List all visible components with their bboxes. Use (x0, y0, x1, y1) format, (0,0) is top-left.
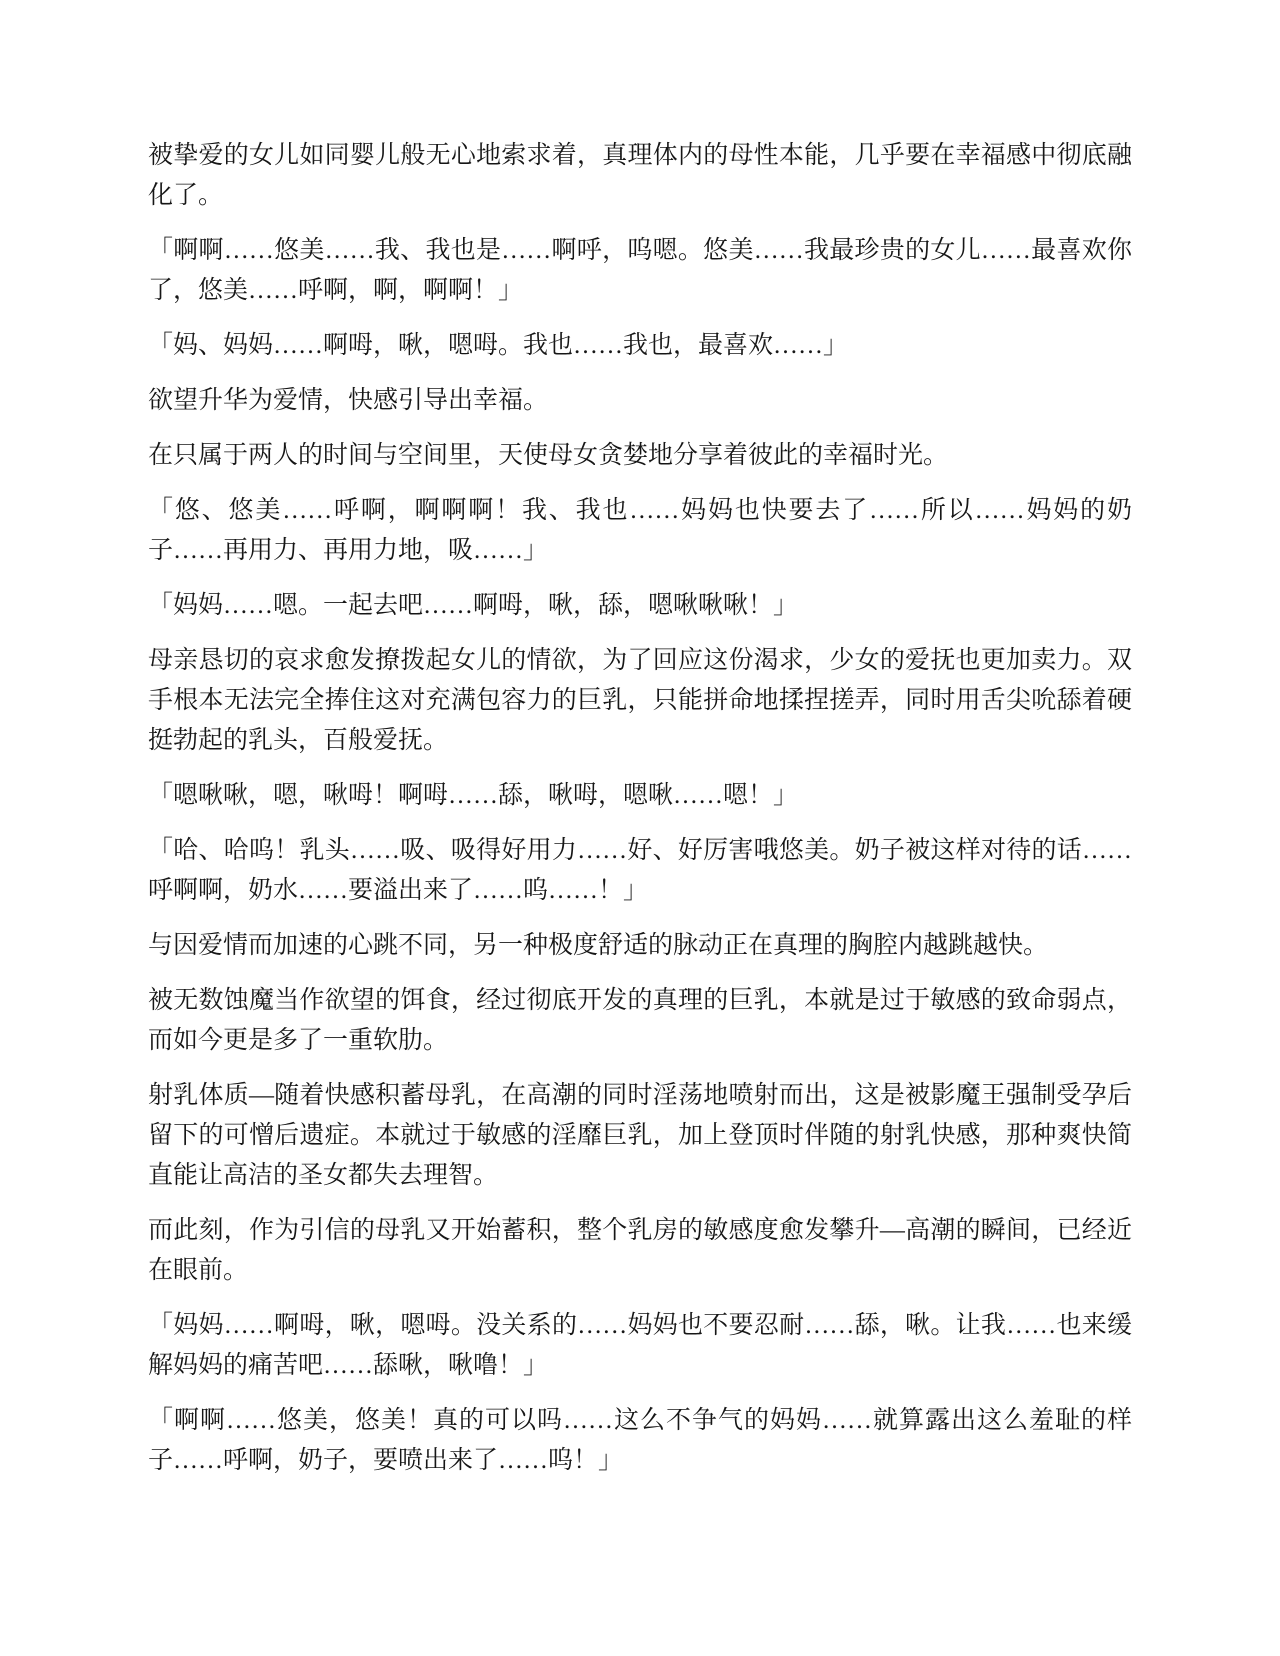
paragraph: 「啊啊……悠美，悠美！真的可以吗……这么不争气的妈妈……就算露出这么羞耻的样子…… (148, 1401, 1132, 1481)
paragraph: 被挚爱的女儿如同婴儿般无心地索求着，真理体内的母性本能，几乎要在幸福感中彻底融化… (148, 136, 1132, 216)
paragraph: 母亲恳切的哀求愈发撩拨起女儿的情欲，为了回应这份渴求，少女的爱抚也更加卖力。双手… (148, 641, 1132, 761)
paragraph: 与因爱情而加速的心跳不同，另一种极度舒适的脉动正在真理的胸腔内越跳越快。 (148, 926, 1132, 966)
paragraph: 「妈、妈妈……啊呣，啾，嗯呣。我也……我也，最喜欢……」 (148, 326, 1132, 366)
paragraph: 「哈、哈呜！乳头……吸、吸得好用力……好、好厉害哦悠美。奶子被这样对待的话……呼… (148, 831, 1132, 911)
paragraph: 「悠、悠美……呼啊，啊啊啊！我、我也……妈妈也快要去了……所以……妈妈的奶子……… (148, 491, 1132, 571)
paragraph: 「啊啊……悠美……我、我也是……啊呼，呜嗯。悠美……我最珍贵的女儿……最喜欢你了… (148, 231, 1132, 311)
paragraph: 欲望升华为爱情，快感引导出幸福。 (148, 381, 1132, 421)
paragraph: 而此刻，作为引信的母乳又开始蓄积，整个乳房的敏感度愈发攀升—高潮的瞬间，已经近在… (148, 1211, 1132, 1291)
paragraph: 被无数蚀魔当作欲望的饵食，经过彻底开发的真理的巨乳，本就是过于敏感的致命弱点，而… (148, 981, 1132, 1061)
paragraph: 在只属于两人的时间与空间里，天使母女贪婪地分享着彼此的幸福时光。 (148, 436, 1132, 476)
paragraph: 射乳体质—随着快感积蓄母乳，在高潮的同时淫荡地喷射而出，这是被影魔王强制受孕后留… (148, 1076, 1132, 1196)
paragraph: 「嗯啾啾，嗯，啾呣！啊呣……舔，啾呣，嗯啾……嗯！」 (148, 776, 1132, 816)
document-page: 被挚爱的女儿如同婴儿般无心地索求着，真理体内的母性本能，几乎要在幸福感中彻底融化… (0, 0, 1280, 1656)
paragraph: 「妈妈……嗯。一起去吧……啊呣，啾，舔，嗯啾啾啾！」 (148, 586, 1132, 626)
paragraph: 「妈妈……啊呣，啾，嗯呣。没关系的……妈妈也不要忍耐……舔，啾。让我……也来缓解… (148, 1306, 1132, 1386)
